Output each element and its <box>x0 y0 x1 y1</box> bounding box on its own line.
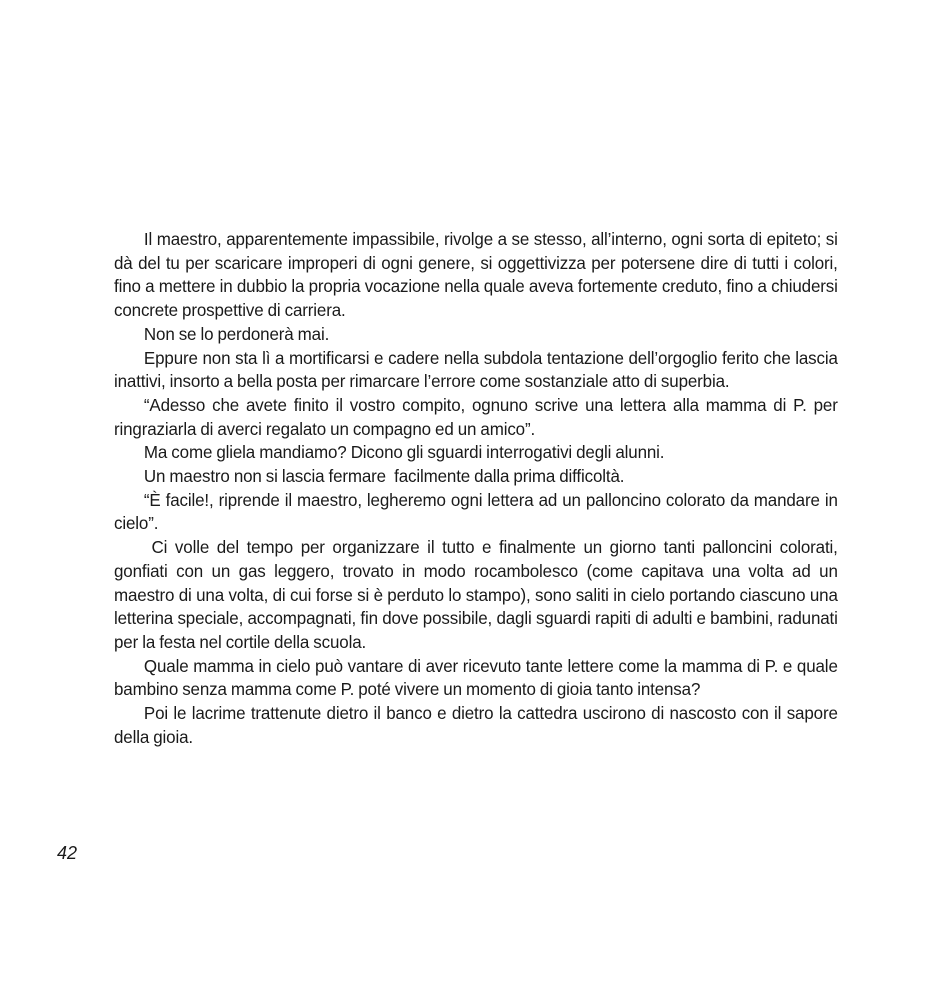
paragraph-6: Un maestro non si lascia fermare facilme… <box>114 465 838 489</box>
paragraph-4: “Adesso che avete finito il vostro compi… <box>114 394 838 441</box>
paragraph-10: Poi le lacrime trattenute dietro il banc… <box>114 702 838 749</box>
page-number: 42 <box>57 843 77 864</box>
paragraph-5: Ma come gliela mandiamo? Dicono gli sgua… <box>114 441 838 465</box>
paragraph-8: Ci volle del tempo per organizzare il tu… <box>114 536 838 655</box>
paragraph-7: “È facile!, riprende il maestro, leghere… <box>114 489 838 536</box>
paragraph-1: Il maestro, apparentemente impassibile, … <box>114 228 838 323</box>
paragraph-9: Quale mamma in cielo può vantare di aver… <box>114 655 838 702</box>
paragraph-2: Non se lo perdonerà mai. <box>114 323 838 347</box>
document-page: Il maestro, apparentemente impassibile, … <box>0 0 942 1000</box>
body-text: Il maestro, apparentemente impassibile, … <box>114 228 838 749</box>
paragraph-3: Eppure non sta lì a mortificarsi e cader… <box>114 347 838 394</box>
